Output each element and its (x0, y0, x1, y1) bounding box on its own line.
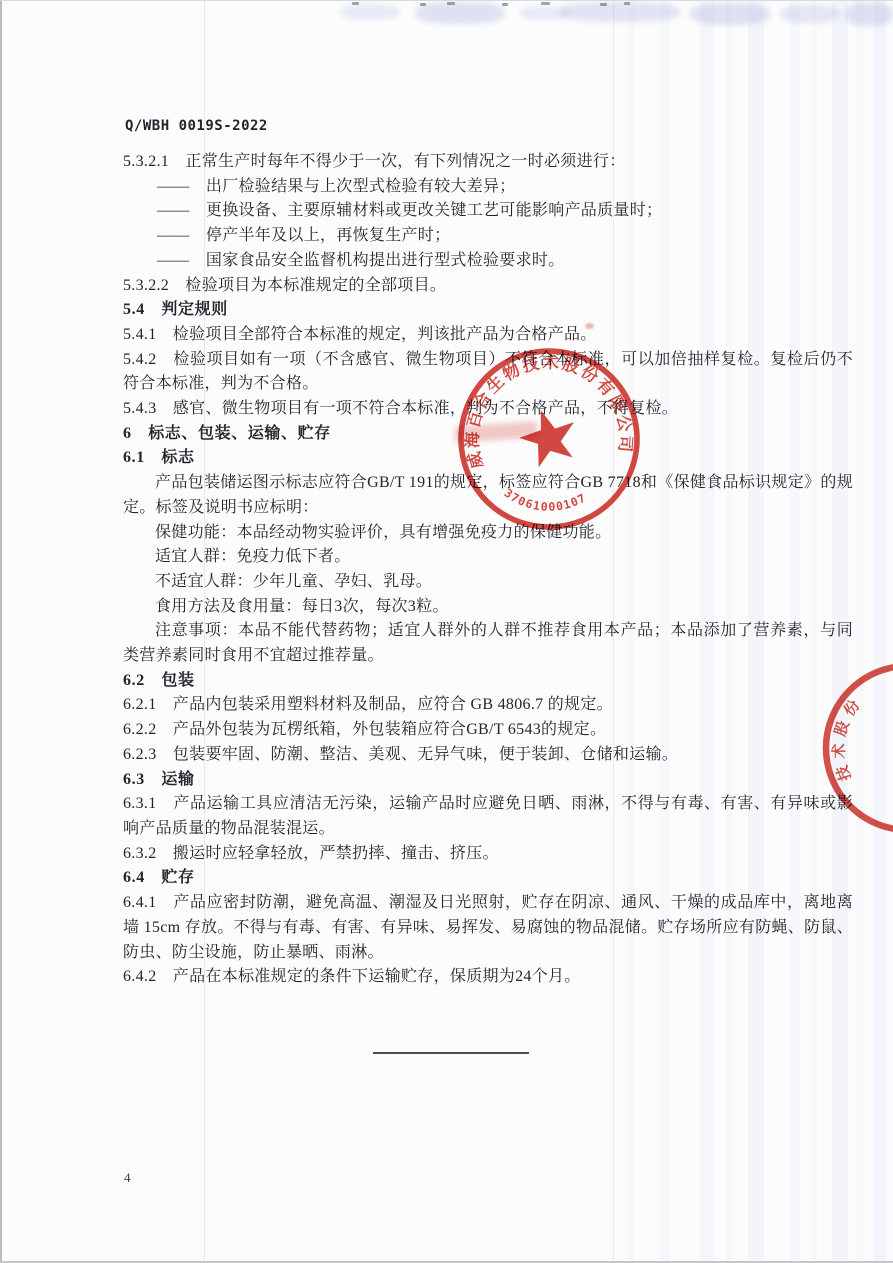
document-code: Q/WBH 0019S-2022 (125, 118, 268, 134)
scan-edge-top (0, 0, 893, 1)
scan-artifact-smudge (415, 2, 505, 24)
clause-5-3-2-1: 5.3.2.1 正常生产时每年不得少于一次，有下列情况之一时必须进行： (123, 150, 853, 175)
svg-text:37061000107: 37061000107 (501, 478, 590, 519)
scan-artifact-smudge (560, 2, 680, 22)
scan-artifact-speck (352, 2, 359, 5)
dash-item-4: —— 国家食品安全监督机构提出进行型式检验要求时。 (123, 249, 853, 274)
scan-artifact-smudge (845, 2, 893, 26)
document-body: 5.3.2.1 正常生产时每年不得少于一次，有下列情况之一时必须进行： —— 出… (123, 150, 853, 990)
clause-6-2-3: 6.2.3 包装要牢固、防潮、整洁、美观、无异气味，便于装卸、仓储和运输。 (123, 743, 853, 768)
scan-artifact-speck (600, 3, 607, 6)
partial-edge-stamp: 技术股份 (793, 648, 893, 848)
scan-edge-left (0, 0, 2, 1263)
para-precautions: 注意事项：本品不能代替药物；适宜人群外的人群不推荐食用本产品；本品添加了营养素，… (123, 619, 853, 668)
para-suitable-group: 适宜人群：免疫力低下者。 (123, 545, 853, 570)
heading-6-2: 6.2 包装 (123, 669, 853, 694)
clause-6-4-2: 6.4.2 产品在本标准规定的条件下运输贮存，保质期为24个月。 (123, 965, 853, 990)
heading-5-4: 5.4 判定规则 (123, 298, 853, 323)
dash-item-2: —— 更换设备、主要原辅材料或更改关键工艺可能影响产品质量时； (123, 199, 853, 224)
scan-artifact-smudge (780, 5, 840, 23)
clause-5-3-2-2: 5.3.2.2 检验项目为本标准规定的全部项目。 (123, 274, 853, 299)
clause-6-2-2: 6.2.2 产品外包装为瓦楞纸箱，外包装箱应符合GB/T 6543的规定。 (123, 718, 853, 743)
scanned-page: Q/WBH 0019S-2022 5.3.2.1 正常生产时每年不得少于一次，有… (0, 0, 893, 1263)
scan-artifact-speck (624, 2, 630, 5)
scan-artifact-smudge (690, 3, 770, 25)
scan-artifact-speck (420, 3, 426, 6)
page-number: 4 (124, 1170, 131, 1186)
company-seal-stamp: 威海百合生物技术股份有限公司 37061000107 (449, 339, 649, 539)
document-end-rule (373, 1052, 529, 1054)
clause-6-3-2: 6.3.2 搬运时应轻拿轻放，严禁扔摔、撞击、挤压。 (123, 842, 853, 867)
dash-item-1: —— 出厂检验结果与上次型式检验有较大差异； (123, 175, 853, 200)
heading-6-3: 6.3 运输 (123, 768, 853, 793)
clause-6-3-1: 6.3.1 产品运输工具应清洁无污染，运输产品时应避免日晒、雨淋，不得与有毒、有… (123, 792, 853, 841)
para-usage: 食用方法及食用量：每日3次，每次3粒。 (123, 595, 853, 620)
stamp-ink-dot (585, 323, 594, 329)
dash-item-3: —— 停产半年及以上，再恢复生产时； (123, 224, 853, 249)
scan-artifact-streak (856, 0, 864, 1263)
clause-6-2-1: 6.2.1 产品内包装采用塑料材料及制品，应符合 GB 4806.7 的规定。 (123, 693, 853, 718)
clause-6-4-1: 6.4.1 产品应密封防潮，避免高温、潮湿及日光照射，贮存在阴凉、通风、干燥的成… (123, 891, 853, 965)
seal-star-icon (516, 407, 578, 469)
scan-artifact-streak (874, 0, 886, 1263)
scan-artifact-speck (541, 2, 550, 5)
scan-artifact-smudge (340, 4, 400, 20)
scan-artifact-speck (447, 2, 455, 5)
seal-number: 37061000107 (501, 478, 590, 519)
para-unsuitable-group: 不适宜人群：少年儿童、孕妇、乳母。 (123, 570, 853, 595)
scan-artifact-speck (502, 3, 508, 6)
heading-6-4: 6.4 贮存 (123, 866, 853, 891)
